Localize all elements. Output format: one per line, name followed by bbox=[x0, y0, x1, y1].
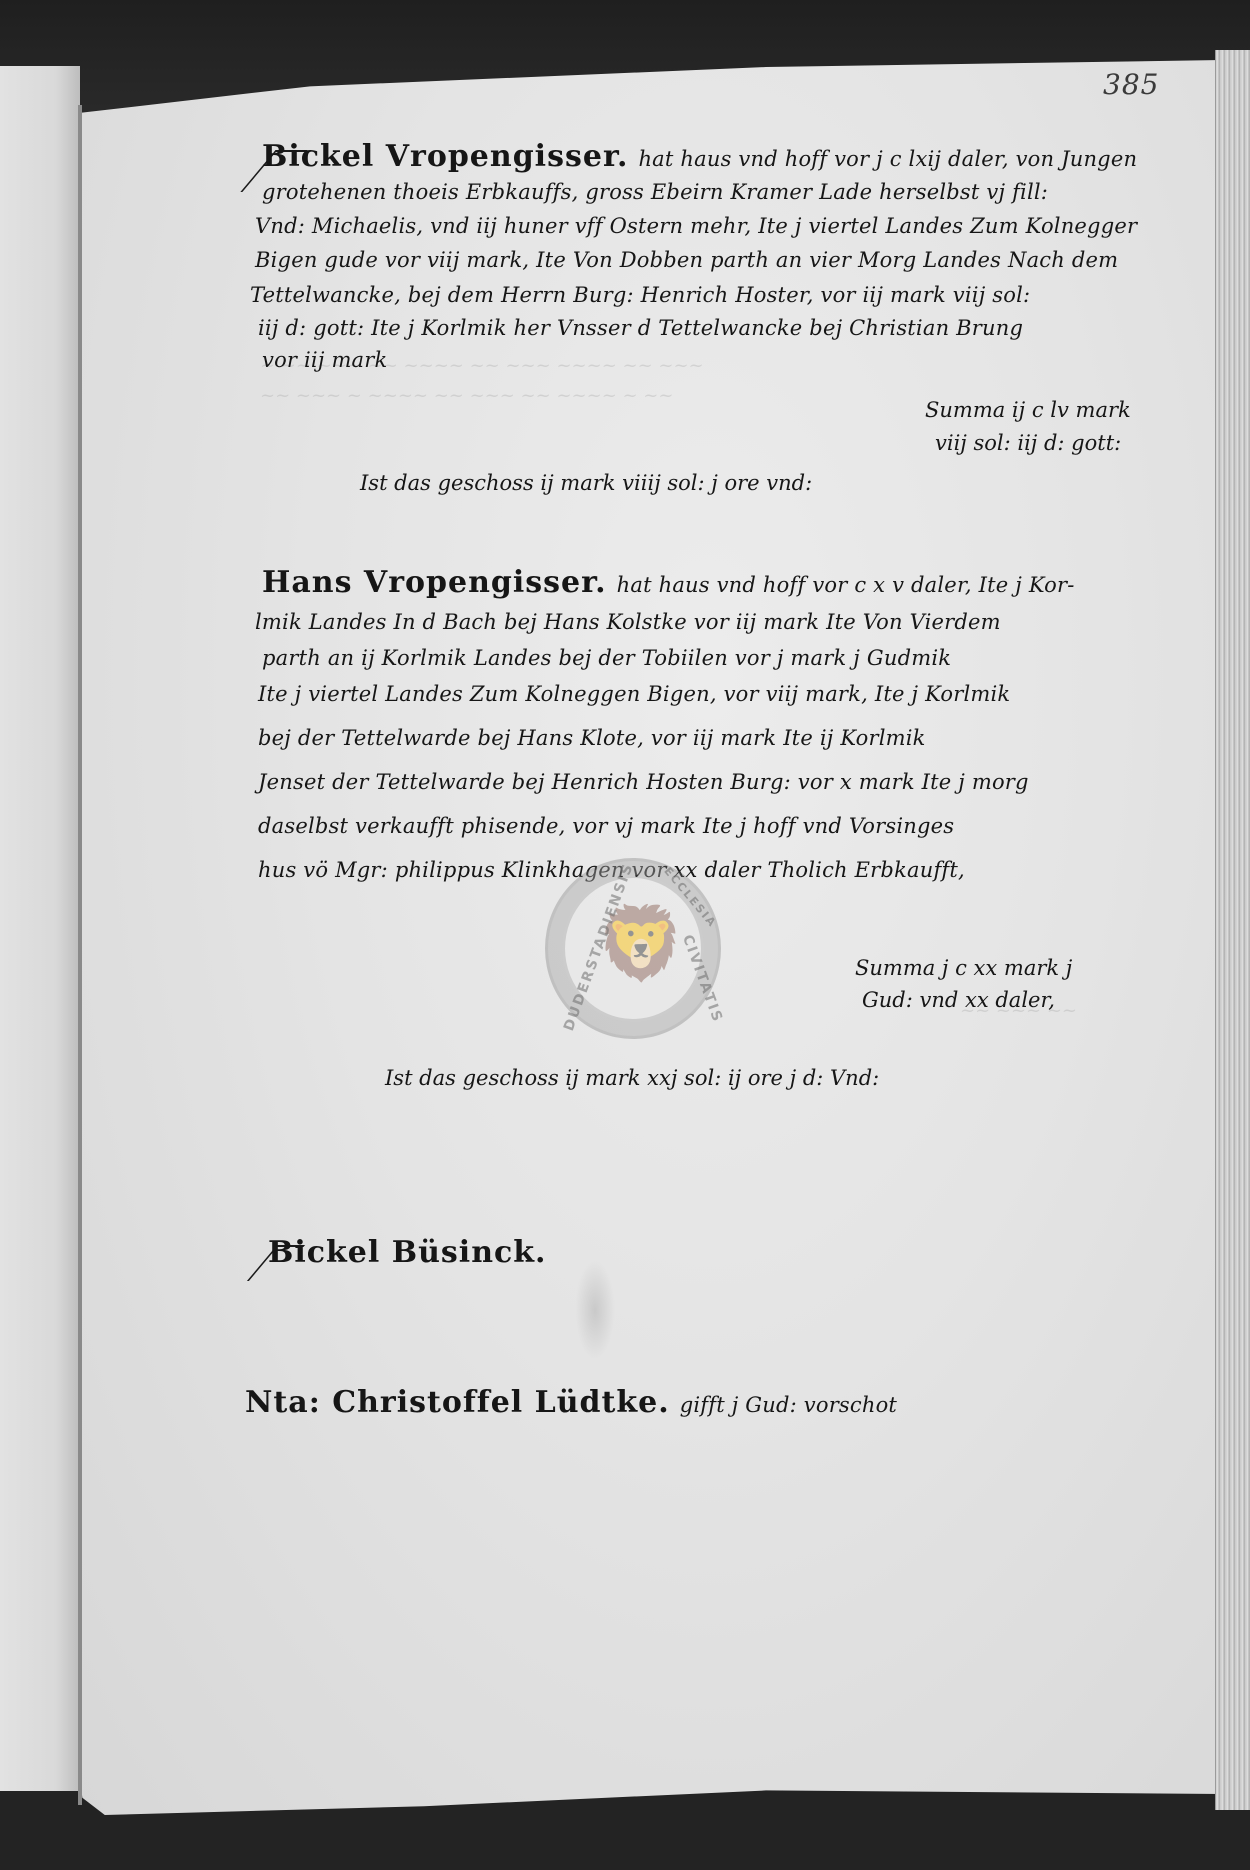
stacked-page-edges bbox=[1215, 50, 1250, 1810]
entry-1-line: iij d: gott: Ite j Korlmik her Vnsser d … bbox=[258, 318, 1023, 339]
entry-2-schoss: Ist das geschoss ij mark xxj sol: ij ore… bbox=[385, 1068, 879, 1089]
entry-2-line: hat haus vnd hoff vor c x v daler, Ite j… bbox=[617, 573, 1075, 597]
city-seal-stamp: 🦁 DUDERSTADIENSIS CIVITATIS ECCLESIA bbox=[545, 858, 721, 1039]
entry-2-line: lmik Landes In d Bach bej Hans Kolstke v… bbox=[255, 612, 1001, 633]
entry-1-line: grotehenen thoeis Erbkauffs, gross Ebeir… bbox=[262, 182, 1048, 203]
entry-1-line: hat haus vnd hoff vor j c lxij daler, vo… bbox=[638, 147, 1137, 171]
entry-4-note: gifft j Gud: vorschot bbox=[680, 1393, 897, 1417]
entry-2-summa: Summa j c xx mark j bbox=[855, 958, 1072, 979]
left-page-edge bbox=[0, 66, 80, 1791]
entry-1-first-line: Bickel Vropengisser.hat haus vnd hoff vo… bbox=[262, 142, 1137, 172]
entry-2-first-line: Hans Vropengisser.hat haus vnd hoff vor … bbox=[262, 568, 1075, 598]
entry-2-summa: Gud: vnd xx daler, bbox=[862, 990, 1055, 1011]
entry-2-line: parth an ij Korlmik Landes bej der Tobii… bbox=[262, 648, 951, 669]
entry-2-name: Hans Vropengisser. bbox=[262, 565, 607, 600]
folio-number: 385 bbox=[1103, 68, 1159, 101]
entry-2-line: Ite j viertel Landes Zum Kolneggen Bigen… bbox=[258, 684, 1010, 705]
entry-1-line: Bigen gude vor viij mark, Ite Von Dobben… bbox=[255, 250, 1118, 271]
book-gutter bbox=[78, 105, 82, 1805]
entry-4-name: Nta: Christoffel Lüdtke. bbox=[245, 1385, 670, 1420]
entry-1-schoss: Ist das geschoss ij mark viiij sol: j or… bbox=[360, 473, 812, 494]
entry-3-name: Bickel Büsinck. bbox=[268, 1238, 547, 1268]
entry-1-summa: viij sol: iij d: gott: bbox=[935, 433, 1121, 454]
entry-1-line: Tettelwancke, bej dem Herrn Burg: Henric… bbox=[250, 285, 1030, 306]
entry-1-line: Vnd: Michaelis, vnd iij huner vff Ostern… bbox=[255, 216, 1137, 237]
ink-smudge bbox=[575, 1260, 615, 1360]
entry-1-line: vor iij mark bbox=[262, 350, 387, 371]
bleed-through-text: ~~ ~~~ ~ ~~~~ ~~ ~~~ ~~ ~~~~ ~ ~~ bbox=[260, 385, 673, 406]
entry-1-name: Bickel Vropengisser. bbox=[262, 139, 628, 174]
manuscript-scan: 385 ~ ~~ ~~~ ~~ ~~~~ ~~ ~~~ ~~~~ ~~ ~~~ … bbox=[0, 0, 1250, 1870]
entry-2-line: bej der Tettelwarde bej Hans Klote, vor … bbox=[258, 728, 926, 749]
entry-2-line: daselbst verkaufft phisende, vor vj mark… bbox=[258, 816, 954, 837]
entry-1-summa: Summa ij c lv mark bbox=[925, 400, 1131, 421]
entry-2-line: Jenset der Tettelwarde bej Henrich Hoste… bbox=[258, 772, 1029, 793]
entry-4-line: Nta: Christoffel Lüdtke.gifft j Gud: vor… bbox=[245, 1388, 897, 1418]
